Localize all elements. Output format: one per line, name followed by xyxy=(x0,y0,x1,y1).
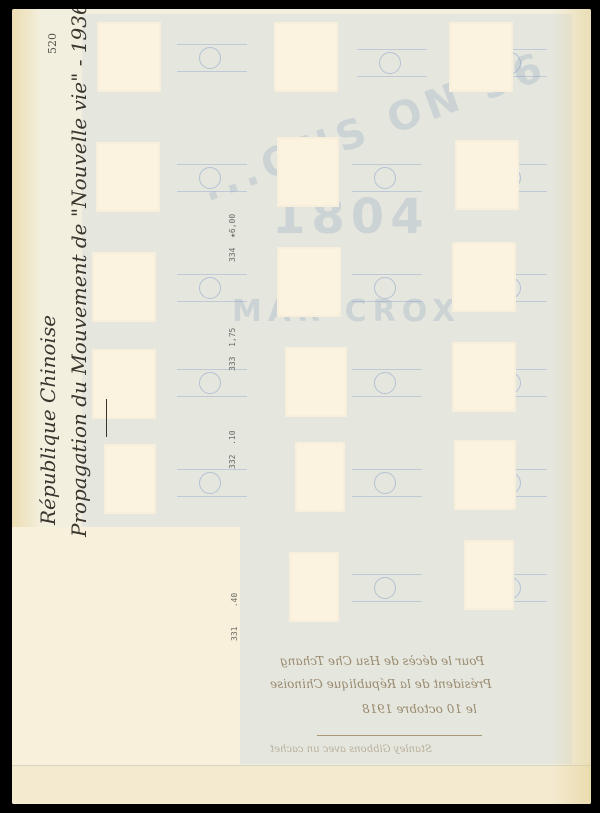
album-paper-lower-left xyxy=(12,527,240,767)
catalogue-note: 334 ★6,00 xyxy=(228,214,237,262)
catalogue-note: 331 .40 xyxy=(230,593,239,641)
album-page: ...ONS ON 36 1804 MAR-CROX xyxy=(12,9,591,804)
catalogue-note: 332 .10 xyxy=(228,430,237,469)
title-underline xyxy=(106,399,107,437)
catalogue-note: 333 1,75 xyxy=(228,328,237,371)
album-page-bottom-strip xyxy=(12,765,591,804)
page-subtitle: Propagation du Mouvement de "Nouvelle vi… xyxy=(67,9,91,537)
stamp-window xyxy=(295,442,345,512)
stamp-window xyxy=(452,242,516,312)
show-through-text: le 10 octobre 1918 xyxy=(362,702,477,716)
stamp-window xyxy=(454,440,516,510)
postmark xyxy=(352,274,422,302)
show-through-faint-text: Stanley Gibbons avec un cachet xyxy=(270,744,432,755)
stamp-window xyxy=(96,142,160,212)
show-through-rule xyxy=(317,735,482,736)
stamp-window xyxy=(277,247,341,317)
stamp-window xyxy=(104,444,156,514)
postmark xyxy=(177,164,247,192)
postmark xyxy=(357,49,427,77)
postmark xyxy=(177,369,247,397)
stamp-window xyxy=(285,347,347,417)
page-title: République Chinoise xyxy=(36,315,60,525)
stamp-window xyxy=(449,22,513,92)
postmark xyxy=(177,469,247,497)
stamp-window xyxy=(274,22,338,92)
page-number: 520 xyxy=(46,33,59,54)
show-through-text: Président de la République Chinoise xyxy=(270,677,492,691)
stamp-window xyxy=(92,252,156,322)
stamp-window xyxy=(464,540,514,610)
postmark xyxy=(177,44,247,72)
postmark xyxy=(352,574,422,602)
postmark xyxy=(352,469,422,497)
show-through-text: Pour le décès de Hsu Che Tchang xyxy=(280,654,484,668)
postmark xyxy=(352,164,422,192)
stamp-window xyxy=(92,349,156,419)
postmark xyxy=(352,369,422,397)
stamp-window xyxy=(277,137,339,207)
stamp-window xyxy=(452,342,516,412)
stamp-window xyxy=(455,140,519,210)
stamp-window xyxy=(97,22,161,92)
ghost-watermark: MAR-CROX xyxy=(232,294,461,329)
stamp-window xyxy=(289,552,339,622)
postmark xyxy=(177,274,247,302)
